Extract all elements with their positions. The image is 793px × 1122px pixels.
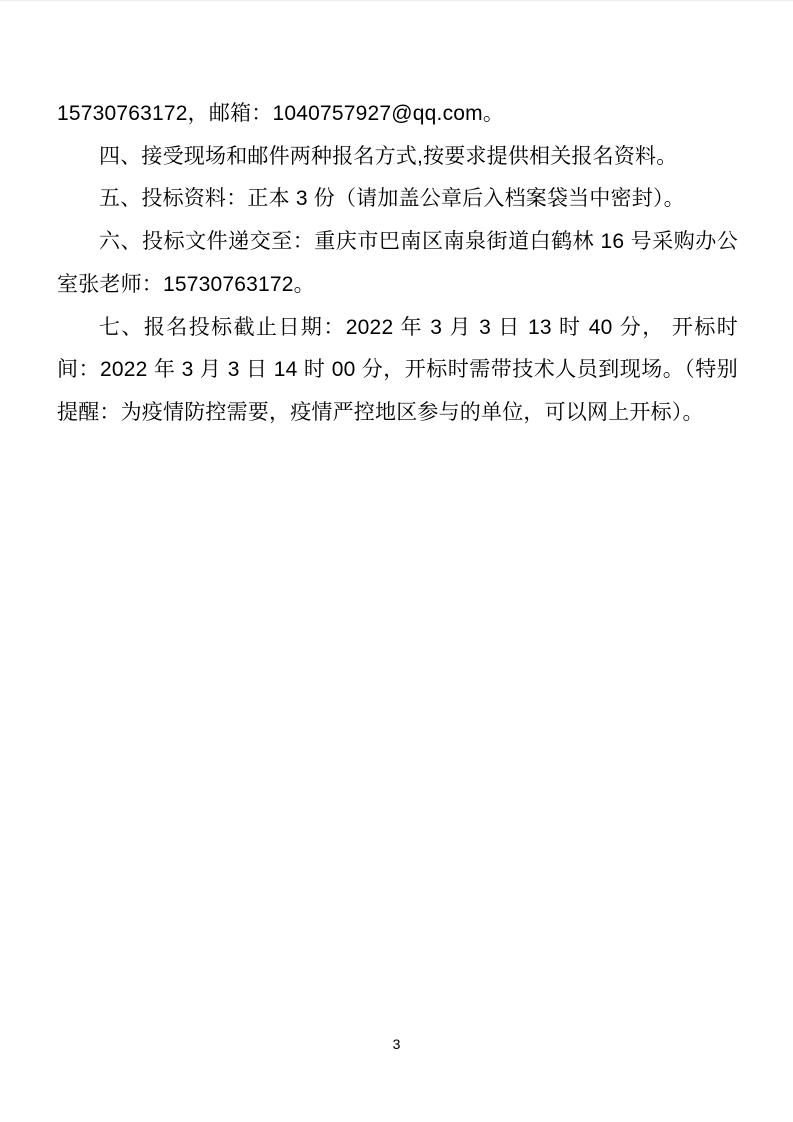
page-top-edge — [0, 0, 793, 1]
paragraph-item-5: 五、投标资料：正本 3 份（请加盖公章后入档案袋当中密封）。 — [57, 178, 738, 221]
page-number: 3 — [393, 1036, 401, 1052]
page-footer: 3 — [0, 1036, 793, 1052]
document-page: 15730763172，邮箱：1040757927@qq.com。 四、接受现场… — [0, 0, 793, 1122]
paragraph-item-4: 四、接受现场和邮件两种报名方式,按要求提供相关报名资料。 — [57, 136, 738, 179]
paragraph-contact-continuation: 15730763172，邮箱：1040757927@qq.com。 — [57, 93, 738, 136]
paragraph-item-7: 七、报名投标截止日期：2022 年 3 月 3 日 13 时 40 分， 开标时… — [57, 307, 738, 435]
document-body: 15730763172，邮箱：1040757927@qq.com。 四、接受现场… — [57, 93, 738, 435]
paragraph-item-6: 六、投标文件递交至：重庆市巴南区南泉街道白鹤林 16 号采购办公室张老师：157… — [57, 221, 738, 306]
